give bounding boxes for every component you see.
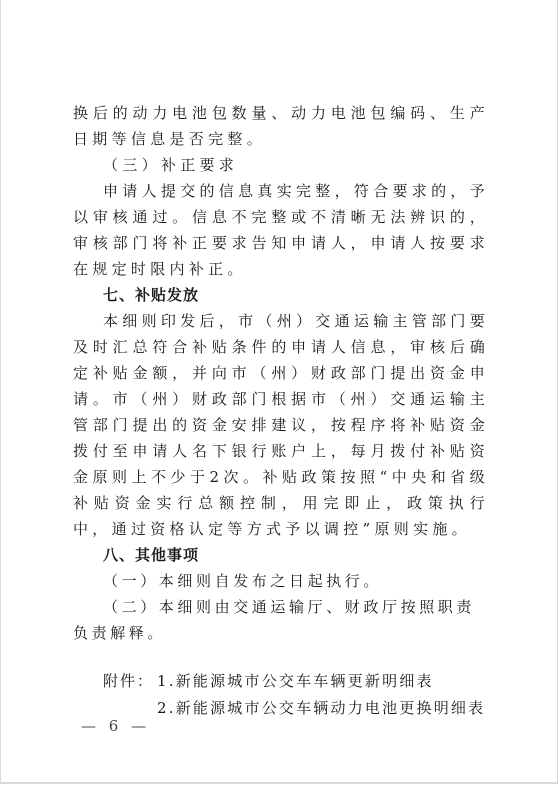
attachment-item: 1.新能源城市公交车车辆更新明细表 [157, 668, 434, 695]
section-heading-subsidy-distribution: 七、补贴发放 [73, 282, 489, 308]
attachments-block: 附件： 1.新能源城市公交车车辆更新明细表 2.新能源城市公交车辆动力电池更换明… [73, 668, 489, 722]
page-number: — 6 — [81, 717, 150, 735]
paragraph-subsidy-distribution: 本细则印发后，市（州）交通运输主管部门要及时汇总符合补贴条件的申请人信息，审核后… [73, 308, 489, 542]
attachments-label: 附件： [73, 668, 157, 695]
paragraph-battery-info: 换后的动力电池包数量、动力电池包编码、生产日期等信息是否完整。 [73, 100, 489, 152]
list-item-effective-date: （一）本细则自发布之日起执行。 [73, 568, 489, 594]
document-page: 换后的动力电池包数量、动力电池包编码、生产日期等信息是否完整。 （三）补正要求 … [0, 0, 558, 784]
list-item-interpretation: （二）本细则由交通运输厅、财政厅按照职责负责解释。 [73, 594, 489, 646]
document-body: 换后的动力电池包数量、动力电池包编码、生产日期等信息是否完整。 （三）补正要求 … [73, 100, 489, 722]
subheading-correction-requirements: （三）补正要求 [73, 152, 489, 178]
section-heading-other-matters: 八、其他事项 [73, 542, 489, 568]
paragraph-correction: 申请人提交的信息真实完整，符合要求的，予以审核通过。信息不完整或不清晰无法辨识的… [73, 178, 489, 282]
attachment-item: 2.新能源城市公交车辆动力电池更换明细表 [157, 695, 485, 722]
attachment-row: 附件： 1.新能源城市公交车车辆更新明细表 [73, 668, 489, 695]
